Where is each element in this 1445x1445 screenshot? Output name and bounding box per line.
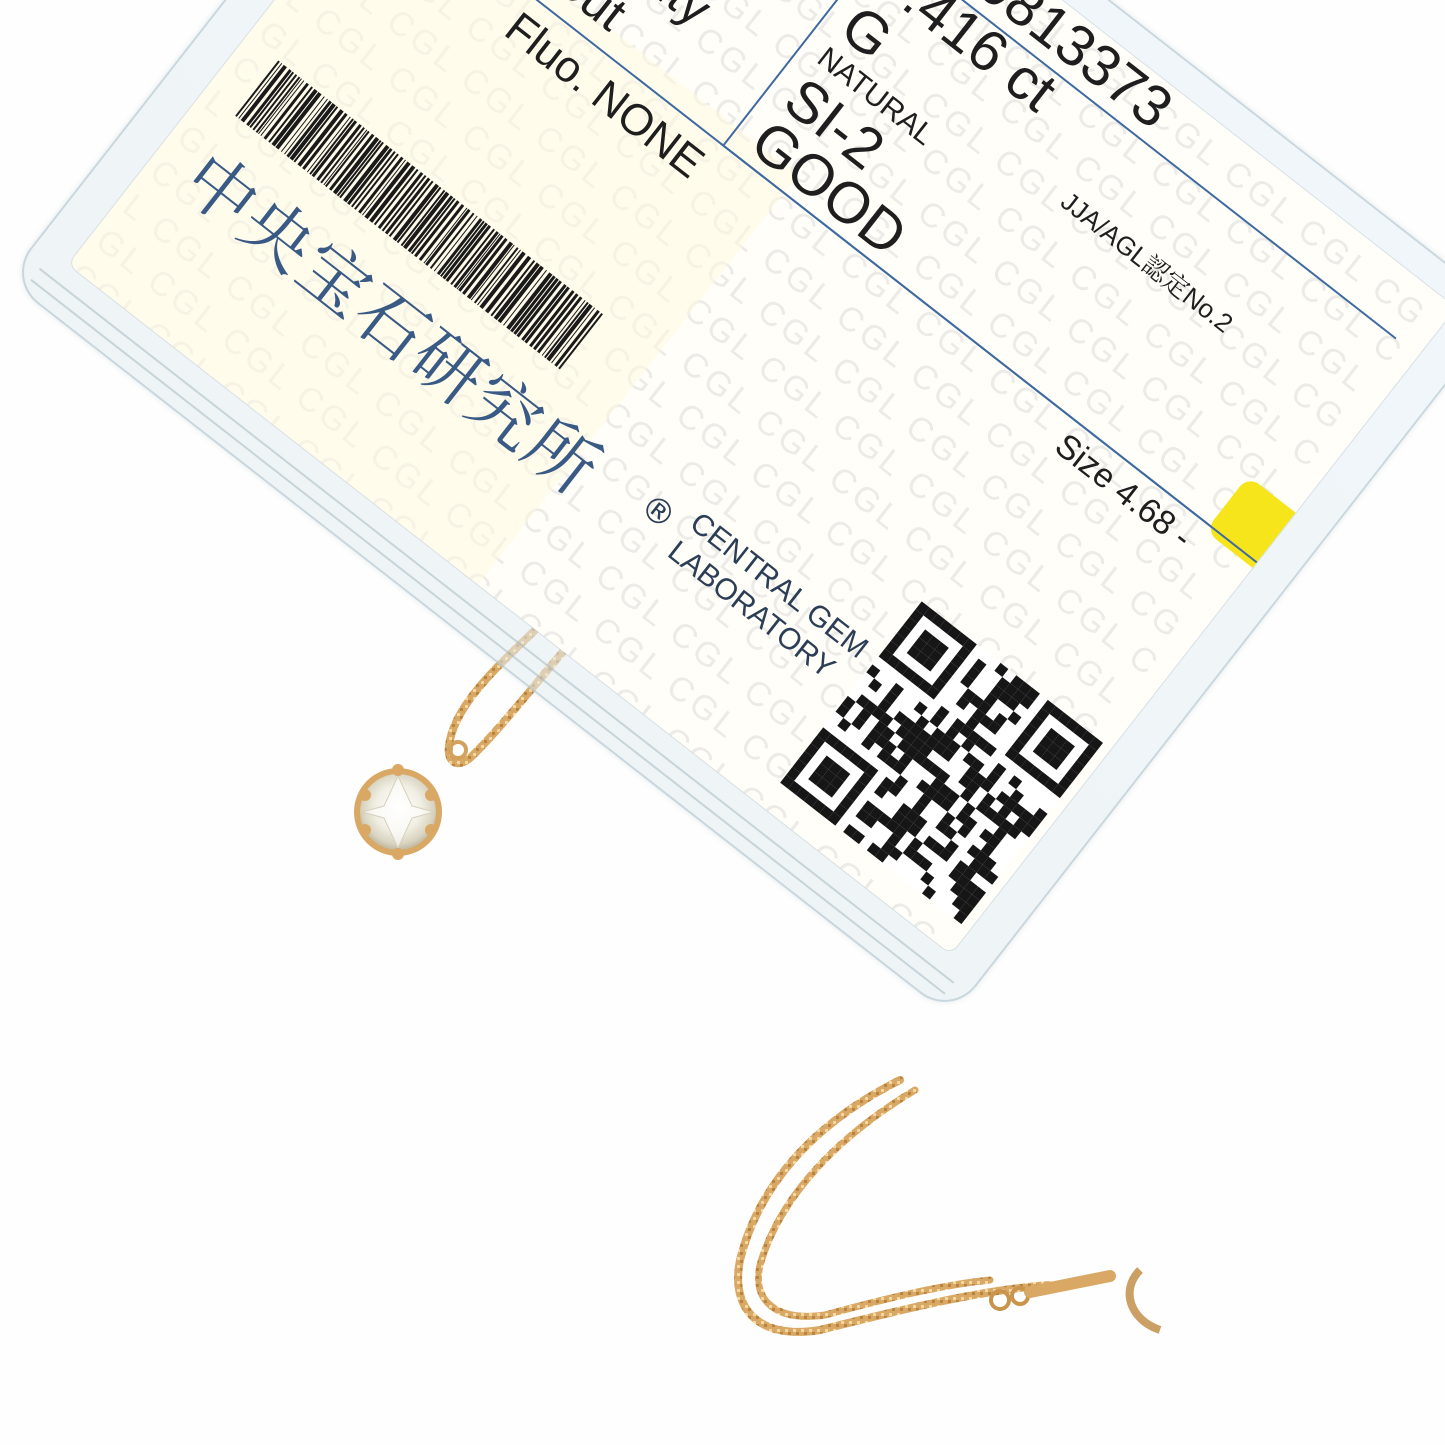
clasp-hook <box>1130 1270 1160 1330</box>
accreditation-note: JJA/AGL認定No.2 <box>1054 182 1242 340</box>
clasp-ring-2 <box>1012 1288 1028 1304</box>
clasp-ring <box>991 1291 1009 1309</box>
chain-lower-a <box>738 1080 1050 1332</box>
clasp-bar <box>1030 1276 1110 1292</box>
diamond-pendant <box>354 764 442 860</box>
pendant-bail <box>450 742 466 758</box>
chain-lower-b <box>758 1090 990 1316</box>
photo-scene: CGL CGL CGL CGL CGL CGL CGL CGL CGL CGL … <box>0 0 1445 1445</box>
card-sleeve: CGL CGL CGL CGL CGL CGL CGL CGL CGL CGL … <box>6 0 1445 1018</box>
certificate-card: CGL CGL CGL CGL CGL CGL CGL CGL CGL CGL … <box>68 0 1445 954</box>
